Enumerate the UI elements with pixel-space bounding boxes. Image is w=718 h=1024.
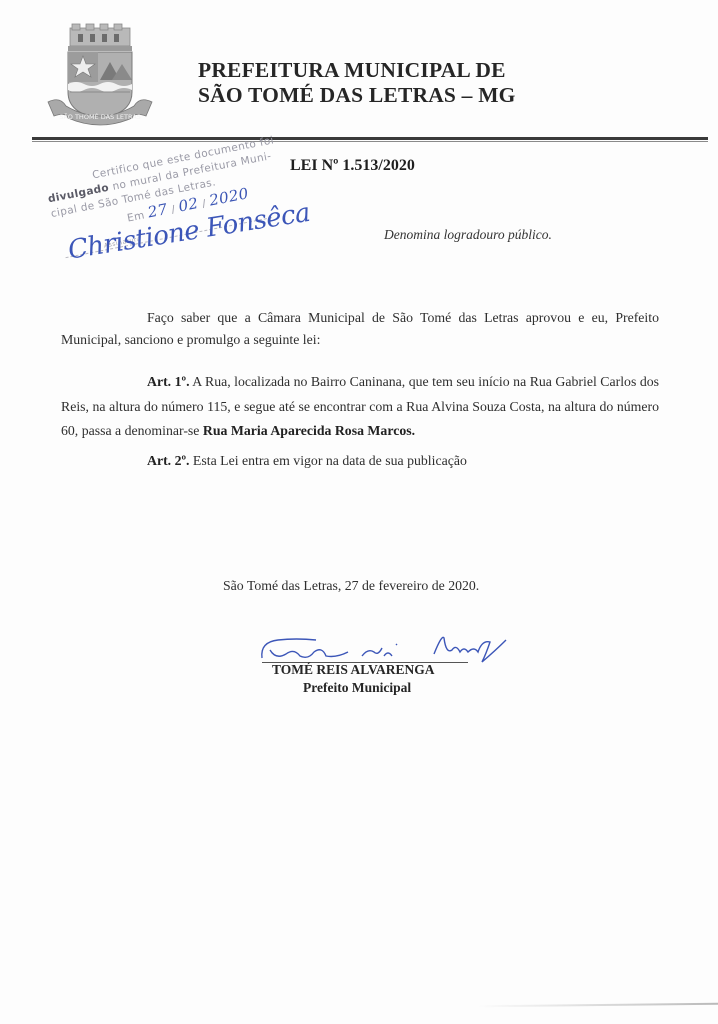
signer-name: TOMÉ REIS ALVARENGA	[272, 662, 435, 678]
header-title-line1: PREFEITURA MUNICIPAL DE	[198, 58, 516, 83]
intro-paragraph: Faço saber que a Câmara Municipal de São…	[61, 307, 659, 351]
article-2-label: Art. 2º.	[147, 453, 189, 468]
law-summary: Denomina logradouro público.	[384, 227, 552, 243]
article-1: Art. 1º. A Rua, localizada no Bairro Can…	[61, 370, 659, 444]
law-title: LEI Nº 1.513/2020	[290, 157, 415, 175]
header-title: PREFEITURA MUNICIPAL DE SÃO TOMÉ DAS LET…	[198, 58, 516, 108]
article-2: Art. 2º. Esta Lei entra em vigor na data…	[61, 453, 659, 469]
scan-edge-shadow	[478, 1003, 718, 1008]
stamp-month: 02	[177, 194, 200, 215]
mayor-signature	[256, 630, 516, 666]
article-2-text: Esta Lei entra em vigor na data de sua p…	[189, 453, 466, 468]
header-title-line2: SÃO TOMÉ DAS LETRAS – MG	[198, 83, 516, 108]
coat-ribbon-text: SÃO THOMÉ DAS LETRAS	[59, 112, 141, 121]
place-and-date: São Tomé das Letras, 27 de fevereiro de …	[223, 578, 479, 594]
coat-of-arms-icon: SÃO THOMÉ DAS LETRAS	[40, 22, 160, 126]
stamp-date-prefix: Em	[126, 209, 146, 224]
article-1-street-name: Rua Maria Aparecida Rosa Marcos.	[203, 423, 415, 438]
article-1-label: Art. 1º.	[147, 374, 190, 389]
signer-role: Prefeito Municipal	[303, 680, 411, 696]
document-page: SÃO THOMÉ DAS LETRAS PREFEITURA MUNICIPA…	[0, 0, 718, 1024]
stamp-day: 27	[146, 200, 169, 221]
